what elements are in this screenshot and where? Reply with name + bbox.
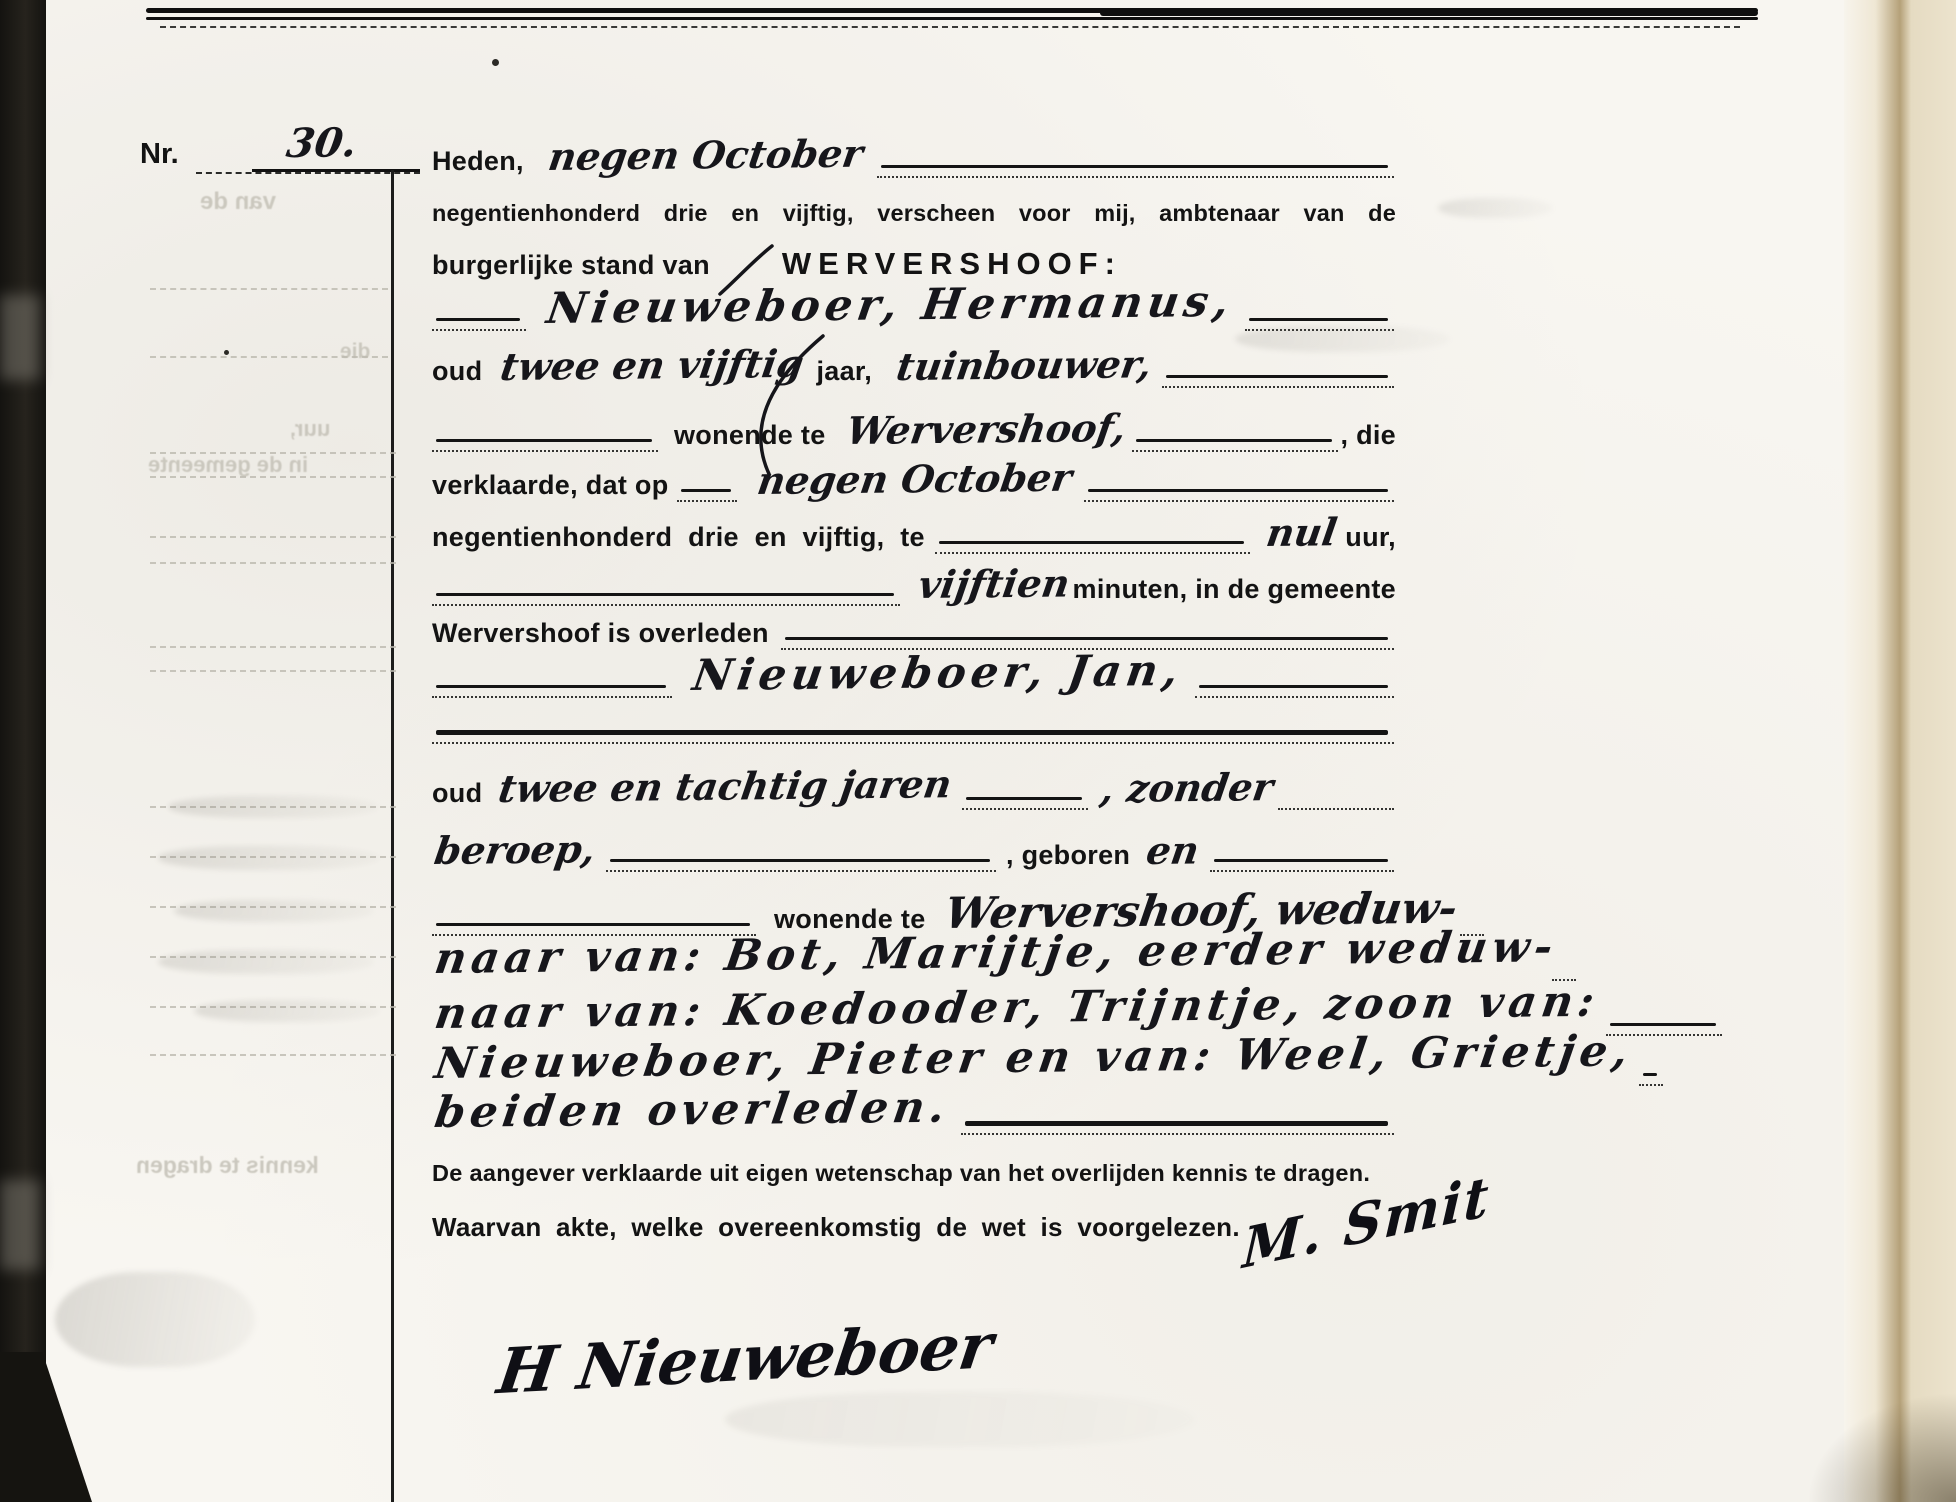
year-appeared-text: negentienhonderd drie en vijftig, versch… <box>432 200 1396 227</box>
beroep-handwritten: beroep, <box>432 830 598 870</box>
fill-line <box>432 676 674 690</box>
ink-bleed-smudge <box>1235 326 1450 352</box>
ink-bleed-smudge <box>174 900 374 922</box>
book-corner-shadow <box>1806 1392 1956 1502</box>
ink-bleed-smudge <box>194 1000 380 1022</box>
ink-speck <box>492 59 499 66</box>
overleden-label: Wervershoof is overleden <box>432 618 769 649</box>
column-divider-line <box>391 170 394 1502</box>
line-declarant-age: oud twee en vijftig jaar, tuinbouwer, <box>432 348 1396 400</box>
act-date-handwritten: negen October <box>546 135 865 176</box>
line-heden: Heden, negen October <box>432 138 1396 190</box>
ghost-rule <box>150 670 396 672</box>
fill-line-dotted <box>1552 959 1578 973</box>
ghost-text: uur, <box>290 416 330 442</box>
ink-bleed-smudge <box>725 1392 1195 1447</box>
fill-line <box>1210 850 1396 864</box>
ghost-rule <box>150 476 396 478</box>
closing-read-text: Waarvan akte, welke overeenkomstig de we… <box>432 1212 1240 1243</box>
fill-line <box>1639 1064 1665 1078</box>
minuten-gemeente-label: minuten, in de gemeente <box>1073 574 1396 605</box>
fill-line <box>1132 430 1340 444</box>
oud-label: oud <box>432 356 482 387</box>
ink-bleed-smudge <box>168 796 378 818</box>
line-death-year-hour: negentienhonderd drie en vijftig, te nul… <box>432 514 1396 566</box>
declarant-residence-handwritten: Wervershoof, <box>844 409 1129 450</box>
ghost-rule <box>150 1054 396 1056</box>
deceased-age-handwritten: twee en tachtig jaren <box>496 765 954 808</box>
stand-van-label: burgerlijke stand van <box>432 250 710 281</box>
ghost-text: die <box>340 340 370 364</box>
death-hour-handwritten: nul <box>1264 513 1339 552</box>
ghost-rule <box>150 646 396 648</box>
verklaarde-label: verklaarde, dat op <box>432 470 669 501</box>
fill-line-dotted <box>1278 788 1396 802</box>
fill-line <box>432 430 660 444</box>
ink-bleed-smudge <box>55 1272 255 1367</box>
ghost-rule <box>150 452 396 454</box>
ghost-rule <box>150 562 396 564</box>
fill-line <box>877 156 1396 170</box>
ink-bleed-smudge <box>158 846 380 870</box>
death-minutes-handwritten: vijftien <box>916 564 1072 604</box>
scan-edge-highlight <box>0 295 40 380</box>
fill-line <box>432 722 1396 736</box>
fill-line <box>1245 309 1396 323</box>
act-number-underline-solid <box>252 169 420 172</box>
parents-handwritten: Nieuweboer, Pieter en van: Weel, Grietje… <box>432 1030 1635 1086</box>
line-beroep-geboren: beroep, , geboren en <box>432 832 1396 884</box>
ink-bleed-smudge <box>158 950 374 974</box>
top-rule-dashed <box>160 26 1740 28</box>
fill-line <box>1162 366 1396 380</box>
declarant-name-handwritten: Nieuweboer, Hermanus, <box>544 281 1236 331</box>
line-blank <box>432 722 1396 752</box>
line-death-minutes: vijftien minuten, in de gemeente <box>432 566 1396 618</box>
fill-line <box>935 532 1252 546</box>
zonder-handwritten: , zonder <box>1098 768 1276 808</box>
fill-line <box>1084 480 1396 494</box>
ink-bleed-smudge <box>1438 198 1553 218</box>
ghost-rule <box>150 288 388 290</box>
line-deceased-age: oud twee en tachtig jaren , zonder <box>432 770 1396 822</box>
act-number-value: 30. <box>284 123 360 164</box>
scan-edge-highlight <box>0 1180 40 1270</box>
line-closing-knowledge: De aangever verklaarde uit eigen wetensc… <box>432 1160 1396 1212</box>
fill-line <box>677 480 739 494</box>
fill-line <box>432 914 758 928</box>
en-handwritten: en <box>1144 831 1202 870</box>
ink-speck <box>224 350 229 355</box>
ghost-text: van de <box>200 188 276 216</box>
ghost-rule <box>150 536 396 538</box>
scan-left-border <box>0 0 46 1502</box>
line-verklaarde: verklaarde, dat op negen October <box>432 462 1396 514</box>
fill-line <box>962 788 1090 802</box>
top-rule-overlap <box>1100 10 1758 16</box>
act-number-label: Nr. <box>140 138 179 171</box>
fill-line <box>432 584 902 598</box>
fill-line <box>961 1113 1396 1127</box>
ghost-text: in de gemeente <box>148 452 308 478</box>
line-deceased-name: Nieuweboer, Jan, <box>432 655 1396 707</box>
ghost-text: kennis te dragen <box>136 1152 319 1179</box>
line-year-appeared: negentienhonderd drie en vijftig, versch… <box>432 200 1396 252</box>
deceased-name-handwritten: Nieuweboer, Jan, <box>690 650 1186 698</box>
act-number-underline <box>196 172 420 174</box>
parents-status-handwritten: beiden overleden. <box>432 1087 953 1135</box>
line-parents-status: beiden overleden. <box>432 1092 1396 1144</box>
fill-line <box>432 309 528 323</box>
scan-corner-shadow <box>0 1352 92 1502</box>
municipality-name: WERVERSHOOF: <box>782 246 1122 282</box>
scanned-death-certificate: Nr. 30. Heden, negen October negentienho… <box>0 0 1956 1502</box>
pen-flourish <box>735 330 835 480</box>
declarant-occupation-handwritten: tuinbouwer, <box>894 345 1154 386</box>
fill-line <box>606 850 998 864</box>
fill-line <box>1195 676 1396 690</box>
book-page-edge <box>1844 0 1956 1502</box>
geboren-label: , geboren <box>1006 840 1130 871</box>
widower-line1-handwritten: naar van: Bot, Marijtje, eerder weduw- <box>432 926 1560 981</box>
top-rule-light <box>146 17 1758 20</box>
oud-label-2: oud <box>432 778 482 809</box>
fill-line <box>781 628 1396 642</box>
death-year-label: negentienhonderd drie en vijftig, te <box>432 522 925 553</box>
die-suffix-label: , die <box>1340 420 1396 451</box>
uur-label: uur, <box>1345 522 1396 553</box>
ghost-rule <box>150 356 388 358</box>
heden-label: Heden, <box>432 146 524 177</box>
closing-knowledge-text: De aangever verklaarde uit eigen wetensc… <box>432 1160 1370 1187</box>
